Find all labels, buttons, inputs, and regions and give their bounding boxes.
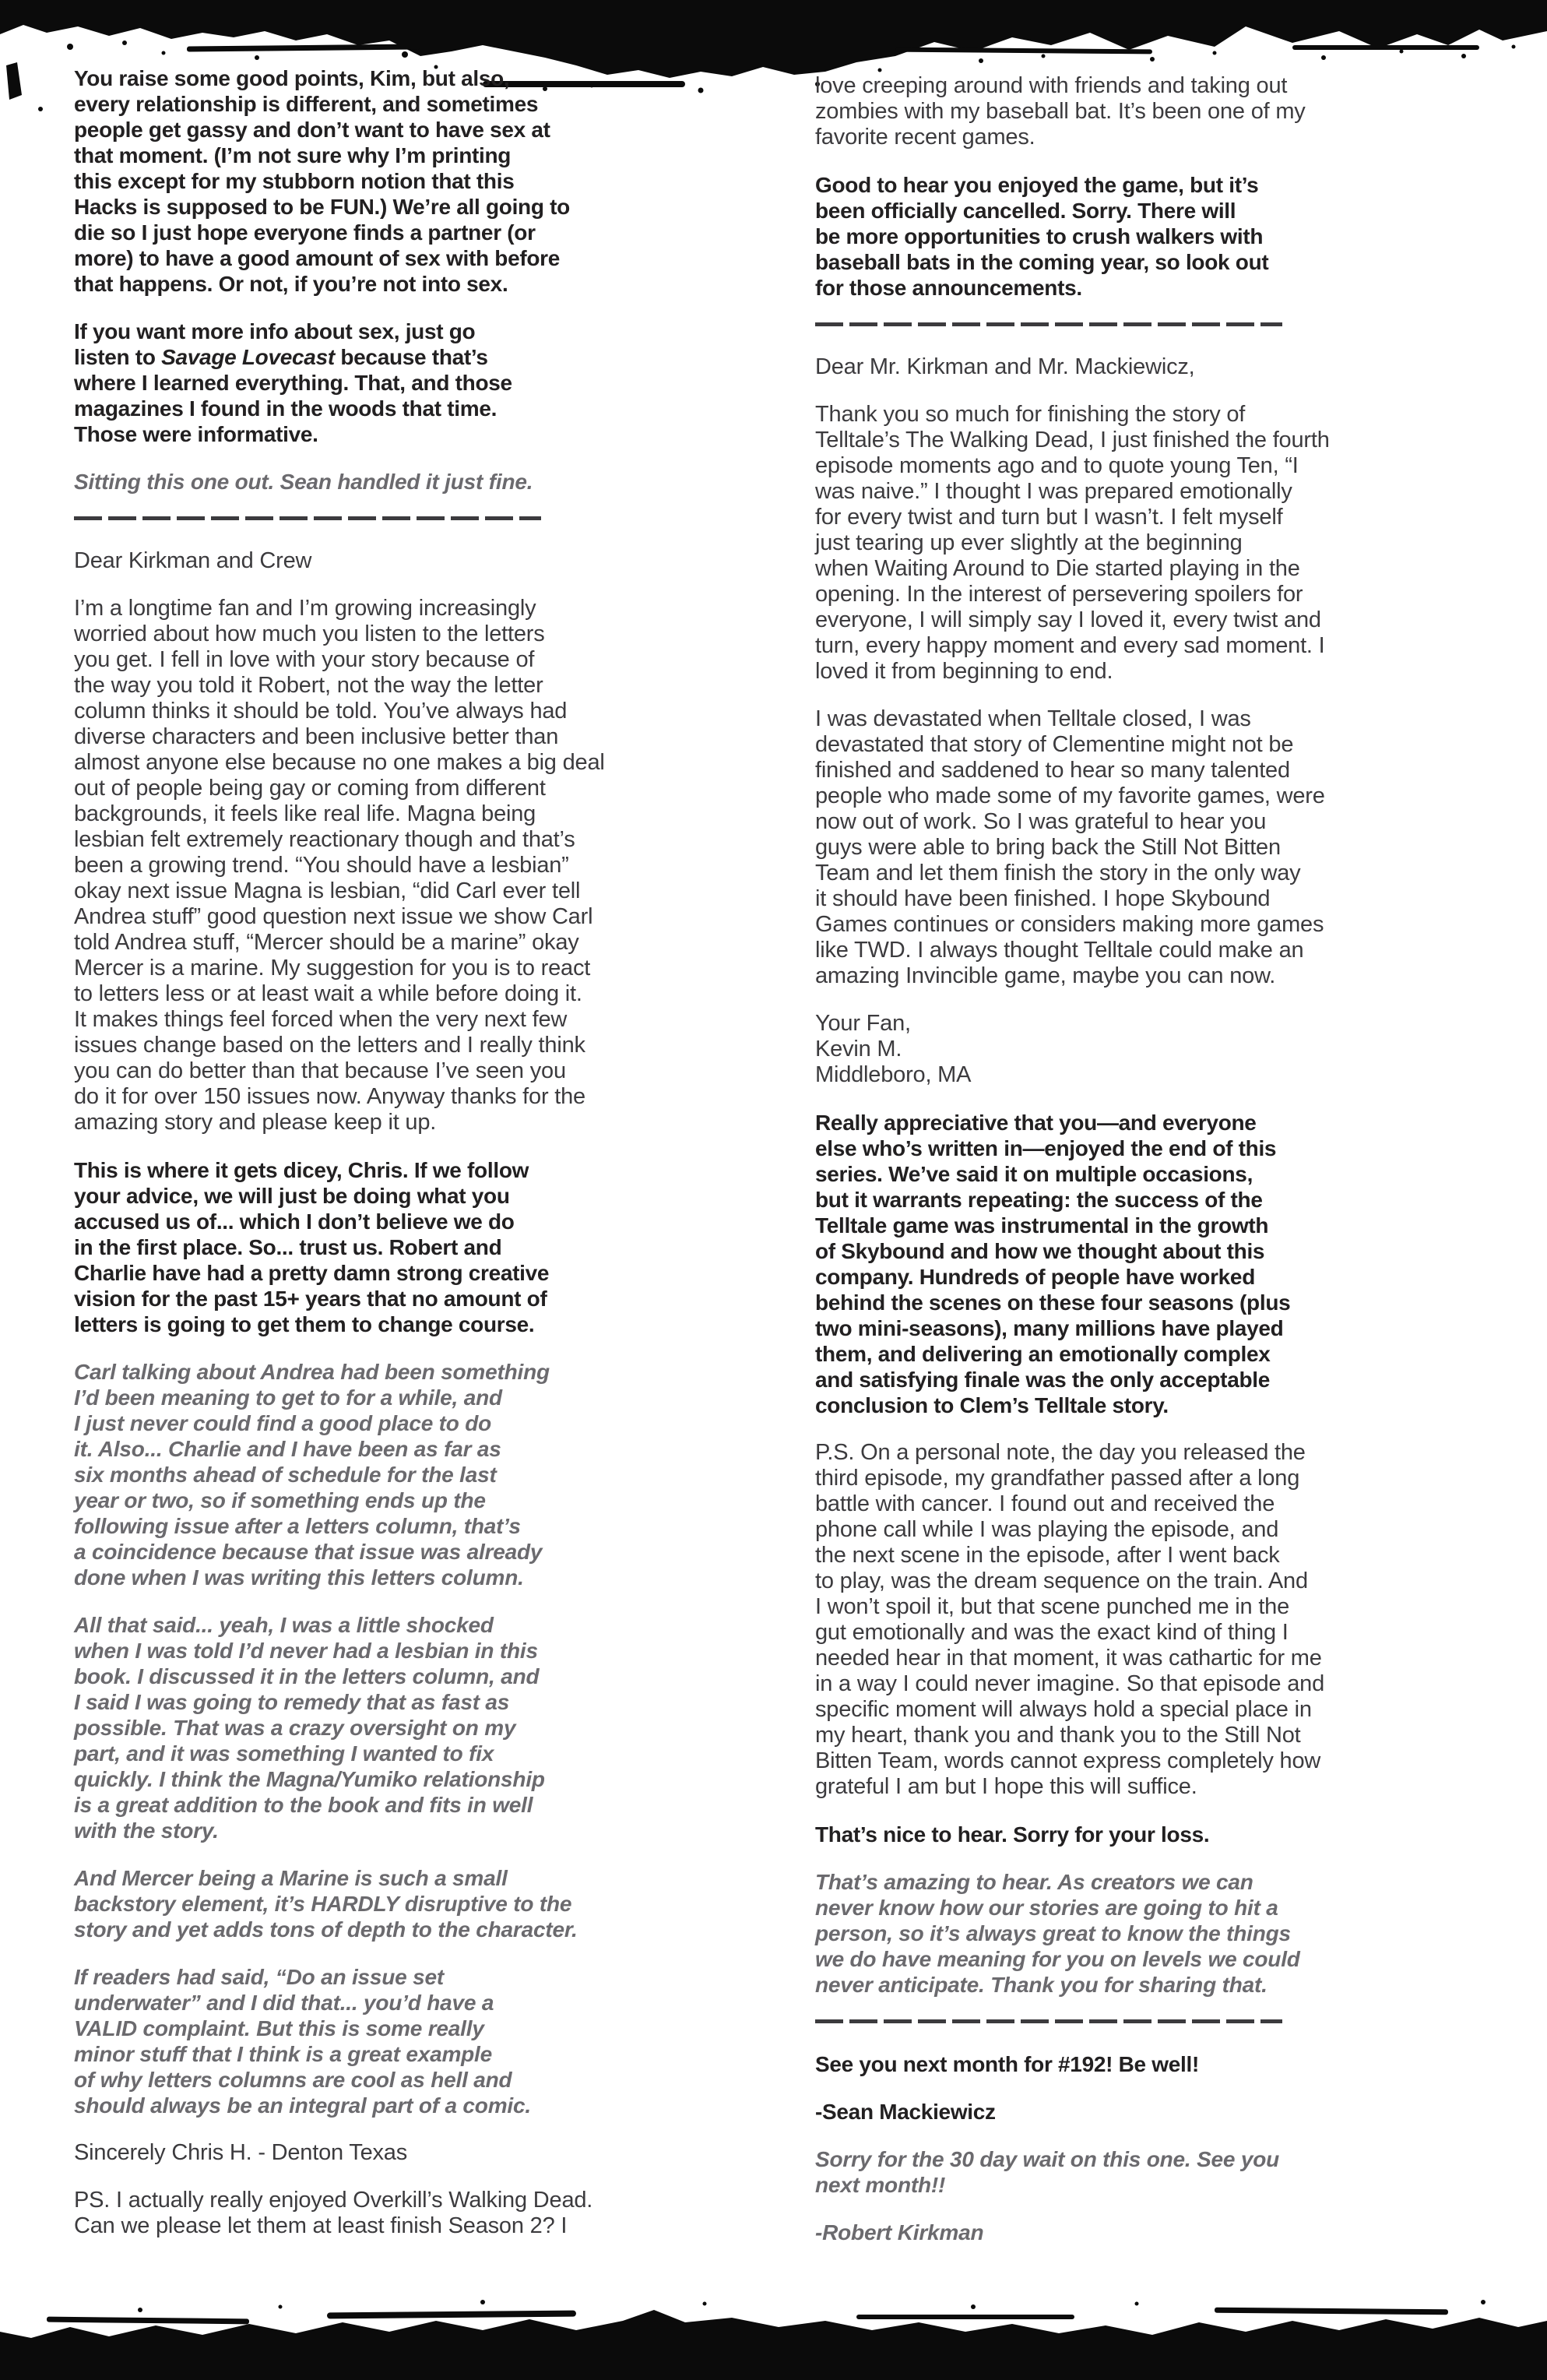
kirkman-response-paragraph: All that said... yeah, I was a little sh… (74, 1612, 753, 1843)
reader-letter-paragraph: I’m a longtime fan and I’m growing incre… (74, 596, 753, 1135)
editor-response-paragraph: Really appreciative that you—and everyon… (815, 1110, 1494, 1418)
editor-response-paragraph: See you next month for #192! Be well! (815, 2051, 1494, 2077)
text-run: Really appreciative that you—and everyon… (815, 1111, 1290, 1417)
kirkman-response-paragraph: Sorry for the 30 day wait on this one. S… (815, 2146, 1494, 2198)
reader-letter-paragraph: PS. I actually really enjoyed Overkill’s… (74, 2188, 753, 2239)
editor-response-paragraph: Good to hear you enjoyed the game, but i… (815, 172, 1494, 301)
italicized-title-text: Savage Lovecast (161, 345, 335, 369)
text-run: Dear Mr. Kirkman and Mr. Mackiewicz, (815, 354, 1195, 379)
text-run: Sitting this one out. Sean handled it ju… (74, 470, 533, 494)
bottom-grunge-border (0, 2287, 1547, 2380)
text-run: If readers had said, “Do an issue set un… (74, 1965, 531, 2118)
text-run: This is where it gets dicey, Chris. If w… (74, 1158, 549, 1336)
right-column: love creeping around with friends and ta… (815, 73, 1494, 2267)
reader-letter-paragraph: Dear Kirkman and Crew (74, 548, 753, 574)
kirkman-response-paragraph: Carl talking about Andrea had been somet… (74, 1359, 753, 1590)
editor-response-paragraph: That’s nice to hear. Sorry for your loss… (815, 1822, 1494, 1847)
text-run: Thank you so much for finishing the stor… (815, 402, 1330, 684)
reader-letter-paragraph: Dear Mr. Kirkman and Mr. Mackiewicz, (815, 354, 1494, 380)
reader-letter-paragraph: P.S. On a personal note, the day you rel… (815, 1440, 1494, 1800)
kirkman-response-paragraph: If readers had said, “Do an issue set un… (74, 1964, 753, 2118)
text-run: Your Fan, Kevin M. Middleboro, MA (815, 1011, 971, 1087)
editor-response-paragraph: You raise some good points, Kim, but als… (74, 65, 753, 297)
text-run: Good to hear you enjoyed the game, but i… (815, 173, 1268, 300)
kirkman-response-paragraph: And Mercer being a Marine is such a smal… (74, 1865, 753, 1942)
reader-letter-paragraph: Thank you so much for finishing the stor… (815, 402, 1494, 685)
text-run: See you next month for #192! Be well! (815, 2052, 1199, 2076)
text-run: -Sean Mackiewicz (815, 2100, 996, 2124)
text-run: Sorry for the 30 day wait on this one. S… (815, 2147, 1279, 2197)
text-run: I’m a longtime fan and I’m growing incre… (74, 596, 605, 1135)
reader-letter-paragraph: Sincerely Chris H. - Denton Texas (74, 2140, 753, 2166)
text-run: All that said... yeah, I was a little sh… (74, 1613, 545, 1843)
editor-response-paragraph: -Sean Mackiewicz (815, 2099, 1494, 2125)
section-divider (815, 2019, 1282, 2023)
text-run: love creeping around with friends and ta… (815, 73, 1306, 150)
text-run: You raise some good points, Kim, but als… (74, 66, 570, 296)
text-run: That’s nice to hear. Sorry for your loss… (815, 1822, 1209, 1847)
text-run: That’s amazing to hear. As creators we c… (815, 1870, 1300, 1997)
text-run: P.S. On a personal note, the day you rel… (815, 1440, 1324, 1799)
text-run: PS. I actually really enjoyed Overkill’s… (74, 2188, 592, 2238)
letters-page: You raise some good points, Kim, but als… (0, 0, 1547, 2380)
section-divider (815, 322, 1282, 326)
editor-response-paragraph: This is where it gets dicey, Chris. If w… (74, 1157, 753, 1337)
kirkman-response-paragraph: That’s amazing to hear. As creators we c… (815, 1869, 1494, 1998)
kirkman-response-paragraph: -Robert Kirkman (815, 2220, 1494, 2245)
reader-letter-paragraph: love creeping around with friends and ta… (815, 73, 1494, 150)
kirkman-response-paragraph: Sitting this one out. Sean handled it ju… (74, 469, 753, 495)
reader-letter-paragraph: Your Fan, Kevin M. Middleboro, MA (815, 1011, 1494, 1088)
text-run: Sincerely Chris H. - Denton Texas (74, 2140, 407, 2165)
text-run: I was devastated when Telltale closed, I… (815, 706, 1325, 988)
editor-response-paragraph: If you want more info about sex, just go… (74, 319, 753, 447)
text-run: Carl talking about Andrea had been somet… (74, 1360, 550, 1590)
text-run: Dear Kirkman and Crew (74, 548, 311, 573)
left-column: You raise some good points, Kim, but als… (74, 65, 753, 2261)
section-divider (74, 516, 541, 520)
text-run: And Mercer being a Marine is such a smal… (74, 1866, 578, 1942)
text-run: -Robert Kirkman (815, 2220, 983, 2244)
reader-letter-paragraph: I was devastated when Telltale closed, I… (815, 706, 1494, 989)
